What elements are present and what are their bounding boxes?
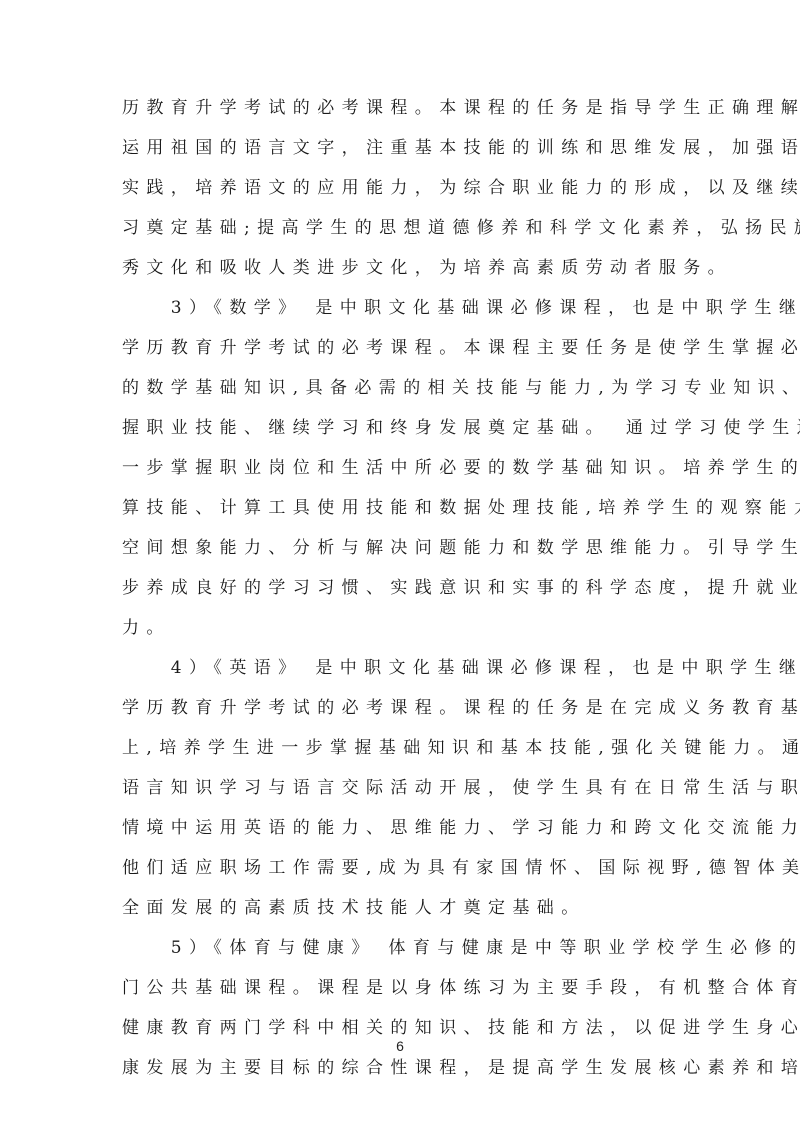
text-line: 上,培养学生进一步掌握基础知识和基本技能,强化关键能力。通过 xyxy=(122,728,682,768)
document-page: 历教育升学考试的必考课程。本课程的任务是指导学生正确理解与 运用祖国的语言文字，… xyxy=(0,0,800,1131)
text-line: 步养成良好的学习习惯、实践意识和实事的科学态度，提升就业能 xyxy=(122,568,682,608)
text-line: 历教育升学考试的必考课程。本课程的任务是指导学生正确理解与 xyxy=(122,88,682,128)
text-line: 实践，培养语文的应用能力，为综合职业能力的形成，以及继续学 xyxy=(122,168,682,208)
paragraph-english: 4）《英语》 是中职文化基础课必修课程，也是中职学生继续 学历教育升学考试的必考… xyxy=(122,648,682,928)
text-line: 康发展为主要目标的综合性课程，是提高学生发展核心素养和培养 xyxy=(122,1048,682,1088)
text-line: 力。 xyxy=(122,608,682,648)
text-line: 他们适应职场工作需要,成为具有家国情怀、国际视野,德智体美劳 xyxy=(122,848,682,888)
text-line: 算技能、计算工具使用技能和数据处理技能,培养学生的观察能力、 xyxy=(122,488,682,528)
text-line: 空间想象能力、分析与解决问题能力和数学思维能力。引导学生逐 xyxy=(122,528,682,568)
text-line: 情境中运用英语的能力、思维能力、学习能力和跨文化交流能力,为 xyxy=(122,808,682,848)
text-line: 门公共基础课程。课程是以身体练习为主要手段，有机整合体育与 xyxy=(122,968,682,1008)
body-text: 历教育升学考试的必考课程。本课程的任务是指导学生正确理解与 运用祖国的语言文字，… xyxy=(122,88,682,1088)
text-line: 全面发展的高素质技术技能人才奠定基础。 xyxy=(122,888,682,928)
text-line: 学历教育升学考试的必考课程。课程的任务是在完成义务教育基础 xyxy=(122,688,682,728)
text-line: 语言知识学习与语言交际活动开展，使学生具有在日常生活与职业 xyxy=(122,768,682,808)
page-number: 6 xyxy=(0,1038,800,1054)
text-line: 5）《体育与健康》 体育与健康是中等职业学校学生必修的一 xyxy=(122,928,682,968)
text-line: 握职业技能、继续学习和终身发展奠定基础。 通过学习使学生进 xyxy=(122,408,682,448)
text-line: 一步掌握职业岗位和生活中所必要的数学基础知识。培养学生的计 xyxy=(122,448,682,488)
text-line: 的数学基础知识,具备必需的相关技能与能力,为学习专业知识、掌 xyxy=(122,368,682,408)
text-line: 4）《英语》 是中职文化基础课必修课程，也是中职学生继续 xyxy=(122,648,682,688)
paragraph-chinese-continued: 历教育升学考试的必考课程。本课程的任务是指导学生正确理解与 运用祖国的语言文字，… xyxy=(122,88,682,288)
text-line: 运用祖国的语言文字，注重基本技能的训练和思维发展，加强语文 xyxy=(122,128,682,168)
text-line: 3）《数学》 是中职文化基础课必修课程，也是中职学生继续 xyxy=(122,288,682,328)
paragraph-math: 3）《数学》 是中职文化基础课必修课程，也是中职学生继续 学历教育升学考试的必考… xyxy=(122,288,682,648)
paragraph-pe-health: 5）《体育与健康》 体育与健康是中等职业学校学生必修的一 门公共基础课程。课程是… xyxy=(122,928,682,1088)
text-line: 学历教育升学考试的必考课程。本课程主要任务是使学生掌握必要 xyxy=(122,328,682,368)
text-line: 习奠定基础;提高学生的思想道德修养和科学文化素养，弘扬民族优 xyxy=(122,208,682,248)
text-line: 秀文化和吸收人类进步文化，为培养高素质劳动者服务。 xyxy=(122,248,682,288)
